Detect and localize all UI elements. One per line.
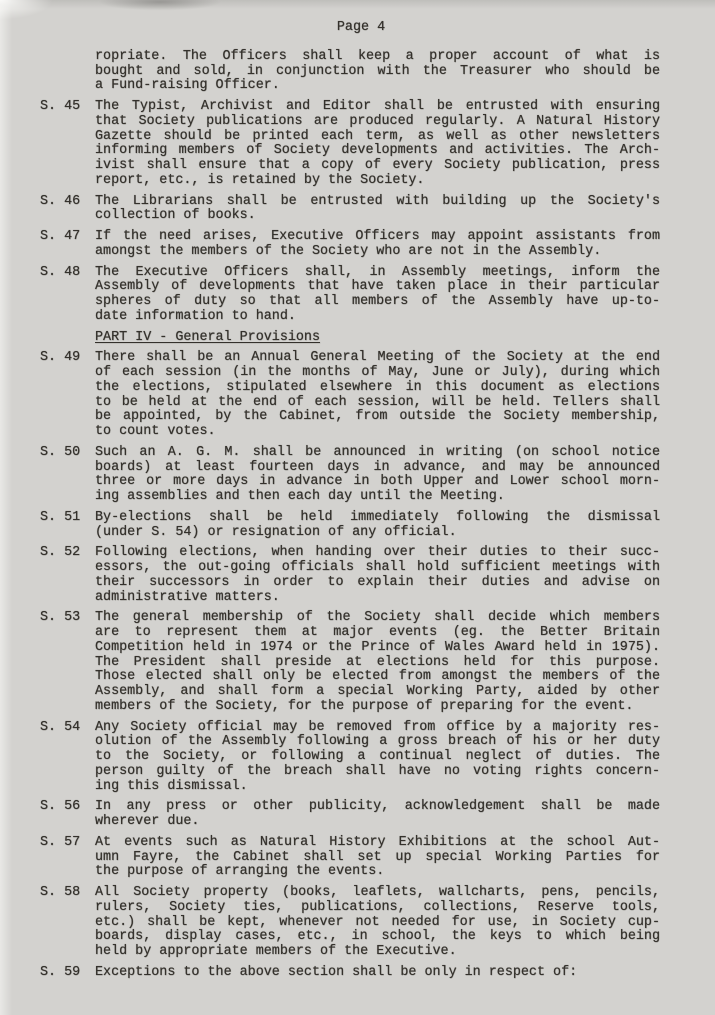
section-block: S. 57At events such as Natural History E… — [40, 836, 660, 880]
section-body: By-elections shall be held immediately f… — [95, 511, 660, 541]
section-body: At events such as Natural History Exhibi… — [95, 836, 660, 880]
text-line: held by appropriate members of the Execu… — [95, 945, 660, 960]
text-line: informing members of Society development… — [95, 144, 660, 159]
section-block: S. 46The Librarians shall be entrusted w… — [40, 195, 660, 225]
section-label: S. 46 — [40, 195, 95, 225]
text-line: The general membership of the Society sh… — [95, 611, 660, 626]
continuation-block: ropriate. The Officers shall keep a prop… — [40, 50, 660, 94]
text-line: The Typist, Archivist and Editor shall b… — [95, 100, 660, 115]
section-body: The Librarians shall be entrusted with b… — [95, 195, 660, 225]
text-line: person guilty of the breach shall have n… — [95, 765, 660, 780]
text-line: Following elections, when handing over t… — [95, 546, 660, 561]
section-block: S. 47If the need arises, Executive Offic… — [40, 230, 660, 260]
section-body: All Society property (books, leaflets, w… — [95, 886, 660, 960]
text-line: ropriate. The Officers shall keep a prop… — [95, 50, 660, 65]
section-block: S. 49There shall be an Annual General Me… — [40, 351, 660, 440]
section-label: S. 57 — [40, 836, 95, 880]
section-label: S. 50 — [40, 446, 95, 505]
text-line: to count votes. — [95, 425, 660, 440]
text-line: a Fund-raising Officer. — [95, 79, 660, 94]
text-line: Assembly of developments that have taken… — [95, 280, 660, 295]
section-body: Such an A. G. M. shall be announced in w… — [95, 446, 660, 505]
section-body: Any Society official may be removed from… — [95, 721, 660, 795]
section-block: S. 53The general membership of the Socie… — [40, 611, 660, 714]
section-label: S. 45 — [40, 100, 95, 189]
text-line: Any Society official may be removed from… — [95, 721, 660, 736]
text-line: to the Society, or following a continual… — [95, 750, 660, 765]
text-line: In any press or other publicity, acknowl… — [95, 800, 660, 815]
section-label: S. 47 — [40, 230, 95, 260]
section-block: S. 51By-elections shall be held immediat… — [40, 511, 660, 541]
text-line: By-elections shall be held immediately f… — [95, 511, 660, 526]
text-line: The Librarians shall be entrusted with b… — [95, 195, 660, 210]
text-line: are to represent them at major events (e… — [95, 626, 660, 641]
section-label: S. 48 — [40, 266, 95, 325]
section-block: S. 56In any press or other publicity, ac… — [40, 800, 660, 830]
text-line: their successors in order to explain the… — [95, 576, 660, 591]
section-body: There shall be an Annual General Meeting… — [95, 351, 660, 440]
text-line: the purpose of arranging the events. — [95, 865, 660, 880]
section-block: S. 45The Typist, Archivist and Editor sh… — [40, 100, 660, 189]
section-label: S. 59 — [40, 966, 95, 981]
section-block: S. 59Exceptions to the above section sha… — [40, 966, 660, 981]
page-number: Page 4 — [40, 21, 660, 36]
text-line: report, etc., is retained by the Society… — [95, 174, 660, 189]
section-label: S. 56 — [40, 800, 95, 830]
text-line: etc.) shall be kept, whenever not needed… — [95, 916, 660, 931]
text-line: Gazette should be printed each term, as … — [95, 130, 660, 145]
section-body: The Typist, Archivist and Editor shall b… — [95, 100, 660, 189]
section-body: The general membership of the Society sh… — [95, 611, 660, 714]
section-label: S. 58 — [40, 886, 95, 960]
text-line: essors, the out-going officials shall ho… — [95, 561, 660, 576]
section-block: S. 54Any Society official may be removed… — [40, 721, 660, 795]
document-content: ropriate. The Officers shall keep a prop… — [40, 50, 660, 981]
section-label: S. 52 — [40, 546, 95, 605]
section-label: S. 49 — [40, 351, 95, 440]
text-line: Those elected shall only be elected from… — [95, 670, 660, 685]
text-line: The Executive Officers shall, in Assembl… — [95, 266, 660, 281]
text-line: of each session (in the months of May, J… — [95, 366, 660, 381]
section-block: S. 52Following elections, when handing o… — [40, 546, 660, 605]
text-line: ing this dismissal. — [95, 780, 660, 795]
text-line: wherever due. — [95, 815, 660, 830]
text-line: date information to hand. — [95, 310, 660, 325]
document-page: Page 4 ropriate. The Officers shall keep… — [0, 0, 715, 1015]
section-label: S. 51 — [40, 511, 95, 541]
text-line: olution of the Assembly following a gros… — [95, 735, 660, 750]
section-block: S. 50Such an A. G. M. shall be announced… — [40, 446, 660, 505]
text-line: to be held at the end of each session, w… — [95, 396, 660, 411]
section-body: Exceptions to the above section shall be… — [95, 966, 660, 981]
text-line: At events such as Natural History Exhibi… — [95, 836, 660, 851]
text-line: that Society publications are produced r… — [95, 115, 660, 130]
text-line: boards, display cases, etc., in school, … — [95, 930, 660, 945]
text-line: umn Fayre, the Cabinet shall set up spec… — [95, 851, 660, 866]
text-line: There shall be an Annual General Meeting… — [95, 351, 660, 366]
section-body: ropriate. The Officers shall keep a prop… — [95, 50, 660, 94]
section-label: S. 54 — [40, 721, 95, 795]
text-line: boards) at least fourteen days in advanc… — [95, 461, 660, 476]
text-line: ivist shall ensure that a copy of every … — [95, 159, 660, 174]
text-line: ing assemblies and then each day until t… — [95, 490, 660, 505]
part-heading: PART IV - General Provisions — [95, 331, 660, 346]
text-line: Competition held in 1974 or the Prince o… — [95, 641, 660, 656]
text-line: Such an A. G. M. shall be announced in w… — [95, 446, 660, 461]
text-line: (under S. 54) or resignation of any offi… — [95, 526, 660, 541]
text-line: the elections, stipulated elsewhere in t… — [95, 381, 660, 396]
section-body: The Executive Officers shall, in Assembl… — [95, 266, 660, 325]
text-line: If the need arises, Executive Officers m… — [95, 230, 660, 245]
text-line: three or more days in advance in both Up… — [95, 475, 660, 490]
text-line: amongst the members of the Society who a… — [95, 245, 660, 260]
text-line: Exceptions to the above section shall be… — [95, 966, 660, 981]
part-heading-text: PART IV - General Provisions — [95, 330, 320, 345]
section-body: Following elections, when handing over t… — [95, 546, 660, 605]
section-block: S. 58All Society property (books, leafle… — [40, 886, 660, 960]
text-line: Assembly, and shall form a special Worki… — [95, 685, 660, 700]
text-line: administrative matters. — [95, 591, 660, 606]
section-label: S. 53 — [40, 611, 95, 714]
section-label — [40, 50, 95, 94]
text-line: bought and sold, in conjunction with the… — [95, 65, 660, 80]
text-line: All Society property (books, leaflets, w… — [95, 886, 660, 901]
section-body: If the need arises, Executive Officers m… — [95, 230, 660, 260]
section-block: S. 48The Executive Officers shall, in As… — [40, 266, 660, 325]
text-line: members of the Society, for the purpose … — [95, 700, 660, 715]
text-line: be appointed, by the Cabinet, from outsi… — [95, 410, 660, 425]
text-line: collection of books. — [95, 209, 660, 224]
text-line: rulers, Society ties, publications, coll… — [95, 901, 660, 916]
text-line: The President shall preside at elections… — [95, 656, 660, 671]
section-body: In any press or other publicity, acknowl… — [95, 800, 660, 830]
text-line: spheres of duty so that all members of t… — [95, 295, 660, 310]
